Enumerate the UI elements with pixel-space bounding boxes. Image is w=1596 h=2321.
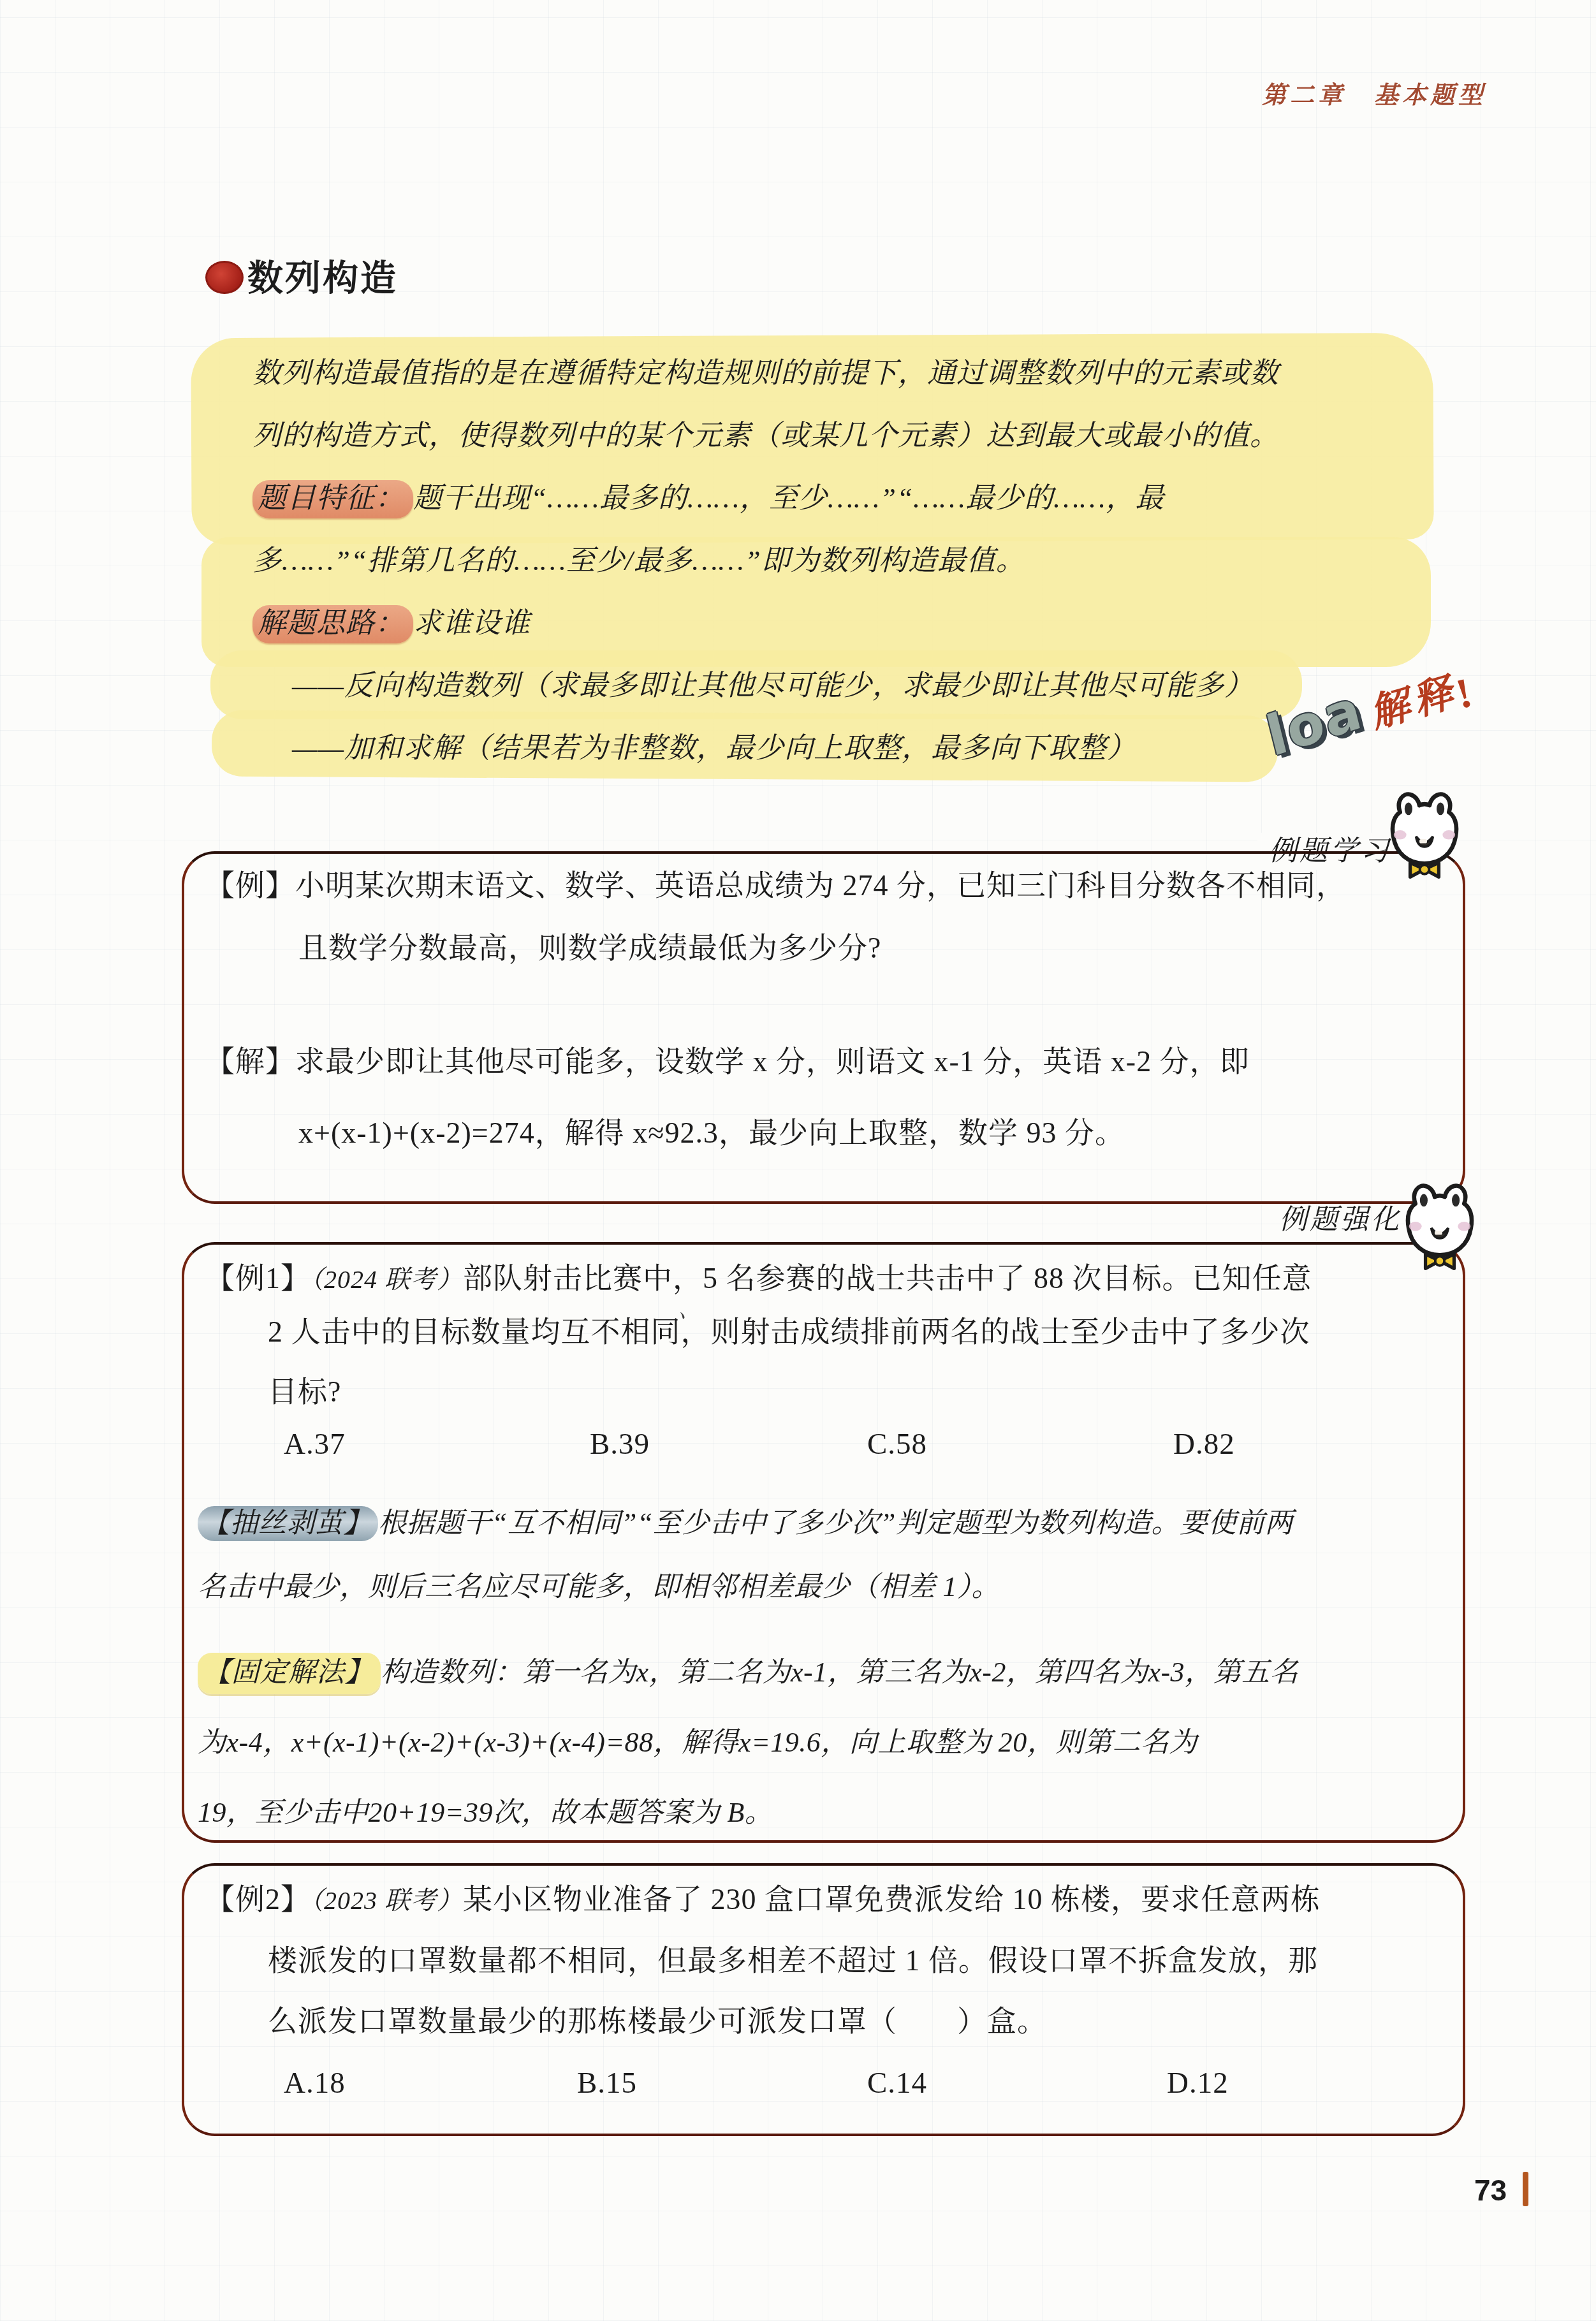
- method-tag: 【固定解法】: [198, 1653, 381, 1694]
- intro-line: 解题思路：求谁设谁: [253, 599, 531, 641]
- page-number: 73: [1474, 2173, 1507, 2208]
- intro-line: 题目特征：题干出现“……最多的……，至少……”“……最少的……，最: [253, 474, 1164, 516]
- option-c: C.58: [867, 1427, 927, 1461]
- option-a: A.18: [284, 2066, 346, 2100]
- textbook-page: 第二章 基本题型 数列构造 数列构造最值指的是在遵循特定构造规则的前提下，通过调…: [0, 0, 1596, 2321]
- solution-tag: 【解】: [205, 1045, 295, 1078]
- section-title: 数列构造: [247, 258, 398, 298]
- intro-line: 数列构造最值指的是在遵循特定构造规则的前提下，通过调整数列中的元素或数: [253, 349, 1279, 391]
- analysis-text: 根据题干“互不相同”“至少击中了多少次”判定题型为数列构造。要使前两: [378, 1507, 1293, 1539]
- option-a: A.37: [284, 1427, 346, 1461]
- example-tag: 【例】: [205, 869, 295, 902]
- sticker-text: 解释: [1362, 659, 1463, 738]
- highlighted-term: 题目特征：: [253, 480, 413, 518]
- option-d: D.12: [1167, 2066, 1229, 2100]
- intro-line-text: 求谁设谁: [413, 607, 531, 639]
- example2-question-line: 么派发口罩数量最少的那栋楼最少可派发口罩（ ）盒。: [268, 1998, 1047, 2040]
- example1-question-line: 【例1】（2024 联考）部队射击比赛中，5 名参赛的战士共击中了 88 次目标…: [205, 1255, 1312, 1297]
- frog-mascot-icon: [1398, 1181, 1482, 1273]
- intro-line: 列的构造方式，使得数列中的某个元素（或某几个元素）达到最大或最小的值。: [253, 412, 1279, 453]
- analysis-tag: 【抽丝剥茧】: [198, 1506, 378, 1541]
- option-d: D.82: [1173, 1427, 1235, 1461]
- example-tag: 【例2】: [205, 1883, 311, 1915]
- exam-source: （2024 联考）: [311, 1265, 463, 1294]
- page-number-bar: [1523, 2172, 1528, 2206]
- option-b: B.15: [577, 2066, 637, 2100]
- example-tag: 【例1】: [205, 1262, 311, 1294]
- intro-line: ——加和求解（结果若为非整数，最少向上取整，最多向下取整）: [253, 724, 1136, 766]
- question-text: 小明某次期末语文、数学、英语总成绩为 274 分，已知三门科目分数各不相同，: [295, 869, 1346, 902]
- method-text: 构造数列：第一名为x，第二名为x-1，第三名为x-2，第四名为x-3，第五名: [381, 1657, 1298, 1688]
- example0-solution-line: 【解】求最少即让其他尽可能多，设数学 x 分，则语文 x-1 分，英语 x-2 …: [205, 1038, 1250, 1080]
- example0-solution-line: x+(x-1)+(x-2)=274，解得 x≈92.3，最少向上取整，数学 93…: [298, 1109, 1125, 1152]
- option-b: B.39: [590, 1427, 650, 1461]
- question-text: 部队射击比赛中，5 名参赛的战士共击中了 88 次目标。已知任意: [463, 1262, 1312, 1294]
- exam-source: （2023 联考）: [311, 1886, 463, 1915]
- method-line: 为x-4，x+(x-1)+(x-2)+(x-3)+(x-4)=88，解得x=19…: [198, 1719, 1197, 1760]
- question-text: 某小区物业准备了 230 盒口罩免费派发给 10 栋楼，要求任意两栋: [463, 1883, 1321, 1915]
- red-bullet-icon: [205, 261, 244, 294]
- example2-question-line: 楼派发的口罩数量都不相同，但最多相差不超过 1 倍。假设口罩不拆盒发放，那: [268, 1937, 1318, 1979]
- analysis-line: 【抽丝剥茧】根据题干“互不相同”“至少击中了多少次”判定题型为数列构造。要使前两: [198, 1500, 1293, 1541]
- intro-line: ——反向构造数列（求最多即让其他尽可能少，求最少即让其他尽可能多）: [253, 662, 1254, 703]
- example1-question-line: 目标?: [268, 1368, 341, 1410]
- intro-line: 多……”“排第几名的……至少/最多……”即为数列构造最值。: [253, 537, 1025, 578]
- example2-question-line: 【例2】（2023 联考）某小区物业准备了 230 盒口罩免费派发给 10 栋楼…: [205, 1876, 1321, 1918]
- section-heading: 数列构造: [205, 250, 398, 301]
- intro-line-text: 题干出现“……最多的……，至少……”“……最少的……，最: [413, 482, 1164, 514]
- solution-text: 求最少即让其他尽可能多，设数学 x 分，则语文 x-1 分，英语 x-2 分，即: [295, 1045, 1250, 1078]
- option-c: C.14: [867, 2066, 927, 2100]
- chapter-header: 第二章 基本题型: [1262, 75, 1486, 110]
- example1-question-line: 2 人击中的目标数量均互不相同，则射击成绩排前两名的战士至少击中了多少次: [268, 1308, 1310, 1351]
- highlighted-term: 解题思路：: [253, 605, 413, 643]
- example0-question-line: 且数学分数最高，则数学成绩最低为多少分?: [298, 925, 881, 967]
- method-line: 【固定解法】构造数列：第一名为x，第二名为x-1，第三名为x-2，第四名为x-3…: [198, 1649, 1298, 1690]
- analysis-line: 名击中最少，则后三名应尽可能多，即相邻相差最少（相差 1）。: [198, 1563, 1000, 1604]
- method-line: 19，至少击中20+19=39次，故本题答案为 B。: [198, 1789, 773, 1830]
- example0-question-line: 【例】小明某次期末语文、数学、英语总成绩为 274 分，已知三门科目分数各不相同…: [205, 862, 1346, 904]
- example-reinforce-label: 例题强化: [1268, 1201, 1413, 1238]
- frog-mascot-icon: [1382, 789, 1467, 882]
